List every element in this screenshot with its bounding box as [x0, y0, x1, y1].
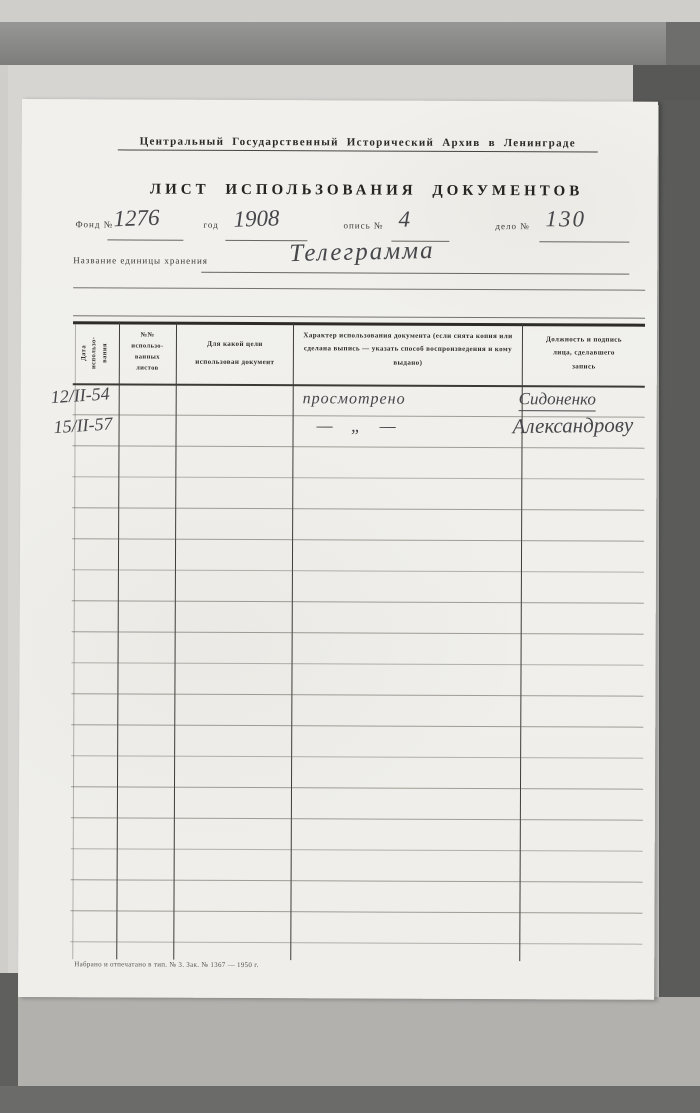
- scanner-top-band-right: [666, 22, 700, 65]
- table-row-line: [72, 662, 644, 665]
- unit-name-label: Название единицы хранения: [73, 255, 208, 266]
- table-row-line: [72, 631, 644, 634]
- scanner-bottom-band: [0, 1086, 700, 1113]
- table-row-line: [72, 569, 644, 572]
- table-row-line: [70, 941, 642, 944]
- table-row-line: [72, 476, 644, 479]
- entry-signature-handwritten: Сидоненко: [519, 389, 596, 411]
- delo-fill-line: [539, 241, 629, 242]
- scanner-top-band: [0, 22, 700, 65]
- archive-name-header: Центральный Государственный Исторический…: [118, 135, 598, 152]
- entry-signature-handwritten: Александрову: [512, 413, 633, 440]
- column-header-sheets: №№ использо- ванных листов: [121, 329, 174, 373]
- column-header-position-signature: Должность и подпись лица, сделавшего зап…: [525, 333, 643, 373]
- delo-label: дело №: [495, 221, 529, 231]
- ruled-line: [73, 287, 645, 290]
- table-row-line: [71, 848, 643, 851]
- fond-fill-line: [107, 239, 183, 240]
- year-value-handwritten: 1908: [233, 205, 280, 232]
- table-column-line: [116, 321, 120, 959]
- column-header-date: Дата использо- вания: [79, 323, 110, 383]
- entry-date-handwritten: 12/II-54: [50, 383, 110, 408]
- document-title: ЛИСТ ИСПОЛЬЗОВАНИЯ ДОКУМЕНТОВ: [142, 182, 592, 201]
- table-row-line: [72, 538, 644, 541]
- table-row-line: [71, 755, 643, 758]
- unit-name-handwritten: Телеграмма: [289, 237, 435, 268]
- fond-label: Фонд №: [75, 219, 113, 229]
- table-column-line: [173, 322, 177, 960]
- table-row-line: [72, 507, 644, 510]
- table-row-line: [71, 786, 643, 789]
- scanner-right-step: [633, 65, 700, 105]
- entry-usage-ditto-handwritten: — „ —: [317, 415, 396, 436]
- table-row-line: [72, 600, 644, 603]
- unit-fill-line: [201, 272, 629, 275]
- entry-usage-handwritten: просмотрено: [303, 390, 406, 408]
- table-row-line: [71, 724, 643, 727]
- scanner-right-strip: [659, 100, 700, 1113]
- table-column-line: [290, 322, 294, 960]
- table-row-line: [71, 817, 643, 820]
- entry-date-handwritten: 15/II-57: [53, 413, 113, 438]
- table-row-line: [71, 693, 643, 696]
- column-header-usage-character: Характер использования документа (если с…: [298, 329, 518, 370]
- fond-value-handwritten: 1276: [113, 205, 160, 232]
- opis-label: опись №: [343, 220, 383, 230]
- scanned-archive-sheet: Центральный Государственный Исторический…: [0, 0, 700, 1113]
- table-row-line: [71, 879, 643, 882]
- year-label: год: [203, 220, 218, 230]
- document-page: Центральный Государственный Исторический…: [18, 99, 658, 1000]
- opis-value-handwritten: 4: [398, 207, 410, 233]
- ruled-line: [73, 315, 645, 318]
- print-shop-note: Набрано и отпечатано в тип. № 3. Зак. № …: [74, 960, 258, 969]
- delo-value-handwritten: 130: [545, 206, 586, 232]
- column-header-purpose: Для какой цели использован документ: [179, 335, 291, 372]
- table-row-line: [72, 445, 644, 448]
- table-top-border: [73, 321, 645, 326]
- table-header-bottom-border: [73, 383, 645, 387]
- scanner-lower-area: [0, 997, 700, 1089]
- table-row-line: [70, 910, 642, 913]
